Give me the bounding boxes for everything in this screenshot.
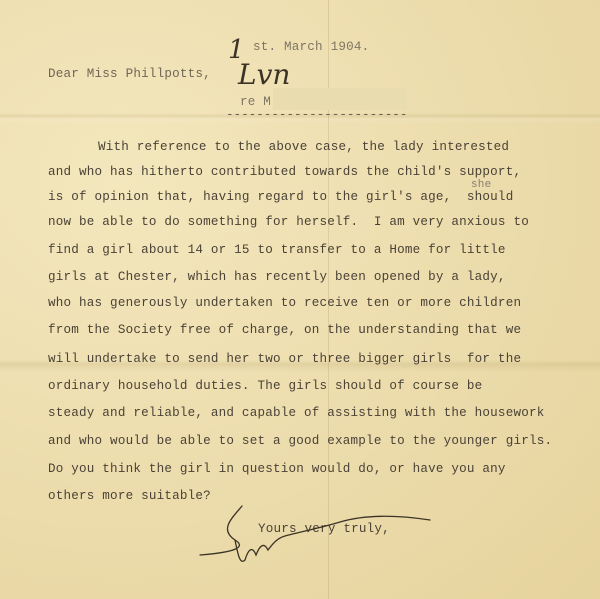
- re-underline: ------------------------: [226, 108, 407, 122]
- body-line: ordinary household duties. The girls sho…: [48, 379, 482, 393]
- body-line: Do you think the girl in question would …: [48, 462, 506, 476]
- signature-icon: [190, 500, 440, 570]
- body-line: others more suitable?: [48, 489, 211, 503]
- body-line: is of opinion that, having regard to the…: [48, 190, 513, 204]
- body-line: girls at Chester, which has recently bee…: [48, 270, 506, 284]
- body-line: find a girl about 14 or 15 to transfer t…: [48, 243, 506, 257]
- body-line: and who has hitherto contributed towards…: [48, 165, 521, 179]
- letter-page: 1 st. March 1904. Dear Miss Phillpotts, …: [0, 0, 600, 599]
- redacted-name: [273, 88, 407, 110]
- body-line: will undertake to send her two or three …: [48, 352, 521, 366]
- handwritten-annotation: Lvn: [238, 58, 290, 91]
- body-line: steady and reliable, and capable of assi…: [48, 406, 544, 420]
- body-line: who has generously undertaken to receive…: [48, 296, 521, 310]
- body-line: from the Society free of charge, on the …: [48, 323, 521, 337]
- body-line: With reference to the above case, the la…: [98, 140, 509, 154]
- re-line: re M: [240, 95, 271, 109]
- body-line: now be able to do something for herself.…: [48, 215, 529, 229]
- salutation: Dear Miss Phillpotts,: [48, 67, 211, 81]
- letter-date: st. March 1904.: [253, 40, 369, 54]
- body-line: and who would be able to set a good exam…: [48, 434, 552, 448]
